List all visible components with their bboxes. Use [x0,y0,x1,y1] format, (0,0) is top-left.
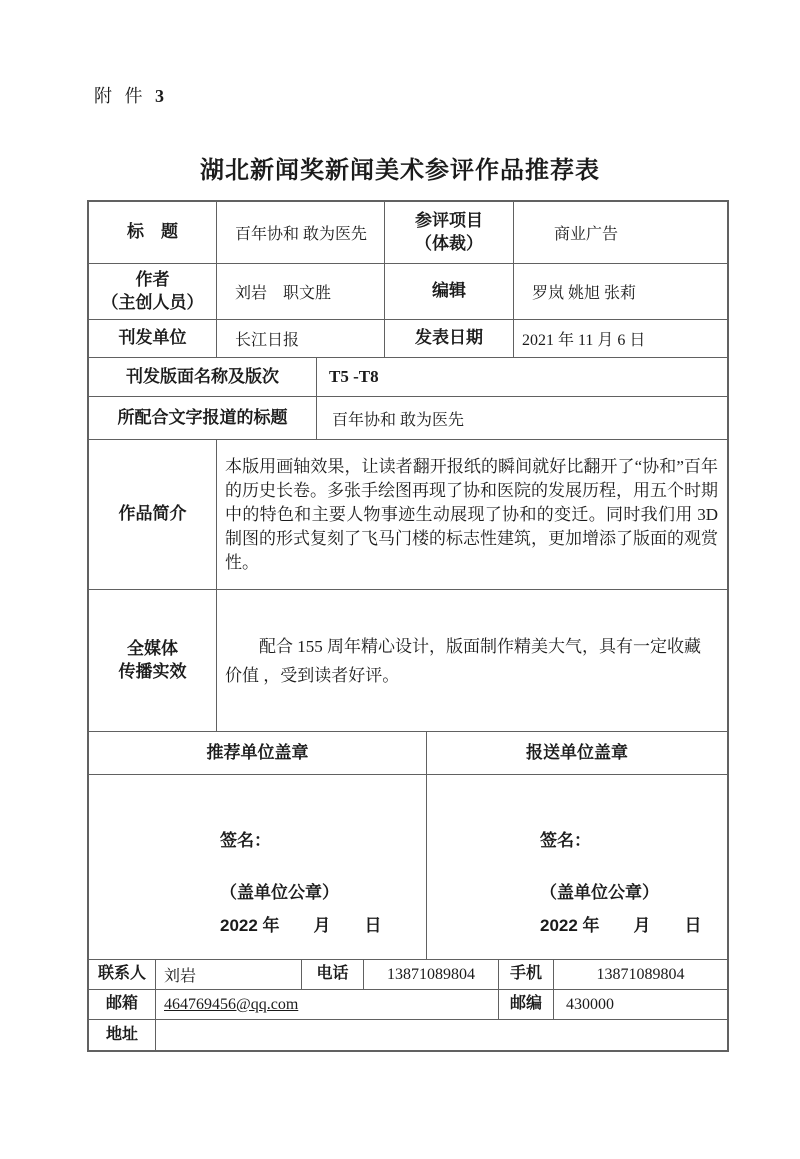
submit-sign-label: 签名： [540,831,702,851]
recommend-unit-stamp-header: 推荐单位盖章 [89,732,427,775]
zip-value: 430000 [554,990,727,1020]
row-text-report-title: 所配合文字报道的标题 百年协和 敢为医先 [89,397,727,440]
work-intro-cell: 本版用画轴效果，让读者翻开报纸的瞬间就好比翻开了“协和”百年的历史长卷。多张手绘… [217,440,727,590]
media-effect-label: 全媒体 传播实效 [89,590,217,732]
row-media-effect: 全媒体 传播实效 配合 155 周年精心设计，版面制作精美大气，具有一定收藏价值… [89,590,727,732]
recommend-sign-label: 签名： [220,831,382,851]
mobile-value: 13871089804 [554,960,727,990]
email-label: 邮箱 [89,990,156,1020]
row-author: 作者 （主创人员） 刘岩 职文胜 编辑 罗岚 姚旭 张莉 [89,264,727,320]
recommend-date-line: 2022 年 月 日 [220,916,382,936]
media-effect-cell: 配合 155 周年精心设计，版面制作精美大气，具有一定收藏价值 ，受到读者好评。 [217,590,727,732]
publisher-value: 长江日报 [217,320,385,358]
row-contact: 联系人 刘岩 电话 13871089804 手机 13871089804 [89,960,727,990]
address-value [156,1020,727,1050]
attachment-label: 附 件 3 [94,82,168,108]
entry-category-label: 参评项目 （体裁） [385,202,514,264]
page-title: 湖北新闻奖新闻美术参评作品推荐表 [0,150,800,185]
work-intro-text: 本版用画轴效果，让读者翻开报纸的瞬间就好比翻开了“协和”百年的历史长卷。多张手绘… [217,455,727,575]
row-title: 标 题 百年协和 敢为医先 参评项目 （体裁） 商业广告 [89,202,727,264]
phone-label: 电话 [302,960,364,990]
page-layout-value: T5 -T8 [317,358,727,397]
row-stamp-headers: 推荐单位盖章 报送单位盖章 [89,732,727,775]
row-email: 邮箱 464769456@qq.com 邮编 430000 [89,990,727,1020]
mobile-label: 手机 [499,960,554,990]
submit-unit-stamp-header: 报送单位盖章 [427,732,727,775]
text-report-title-label: 所配合文字报道的标题 [89,397,317,440]
publish-date-label: 发表日期 [385,320,514,358]
entry-category-value: 商业广告 [514,202,727,264]
submit-seal-label: （盖单位公章） [540,883,702,903]
email-cell: 464769456@qq.com [156,990,499,1020]
author-label: 作者 （主创人员） [89,264,217,320]
editor-label: 编辑 [385,264,514,320]
attachment-prefix: 附 件 [94,86,147,106]
row-publisher: 刊发单位 长江日报 发表日期 2021 年 11 月 6 日 [89,320,727,358]
phone-value: 13871089804 [364,960,499,990]
email-link[interactable]: 464769456@qq.com [164,996,298,1014]
recommendation-table: 标 题 百年协和 敢为医先 参评项目 （体裁） 商业广告 作者 （主创人员） 刘… [87,200,729,1052]
page-layout-label: 刊发版面名称及版次 [89,358,317,397]
recommend-signature-block: 签名： （盖单位公章） 2022 年 月 日 [89,775,382,936]
attachment-number: 3 [155,86,168,106]
editor-value: 罗岚 姚旭 张莉 [514,264,727,320]
author-value: 刘岩 职文胜 [217,264,385,320]
submit-signature-cell: 签名： （盖单位公章） 2022 年 月 日 [427,775,727,960]
row-signature-blocks: 签名： （盖单位公章） 2022 年 月 日 签名： （盖单位公章） 2022 … [89,775,727,960]
document-page: 附 件 3 湖北新闻奖新闻美术参评作品推荐表 标 题 百年协和 敢为医先 参评项… [0,0,800,1159]
row-work-intro: 作品简介 本版用画轴效果，让读者翻开报纸的瞬间就好比翻开了“协和”百年的历史长卷… [89,440,727,590]
work-intro-label: 作品简介 [89,440,217,590]
submit-signature-block: 签名： （盖单位公章） 2022 年 月 日 [427,775,702,936]
recommend-seal-label: （盖单位公章） [220,883,382,903]
title-label: 标 题 [89,202,217,264]
row-address: 地址 [89,1020,727,1050]
contact-person-value: 刘岩 [156,960,302,990]
text-report-title-value: 百年协和 敢为医先 [317,397,727,440]
contact-person-label: 联系人 [89,960,156,990]
address-label: 地址 [89,1020,156,1050]
zip-label: 邮编 [499,990,554,1020]
recommend-signature-cell: 签名： （盖单位公章） 2022 年 月 日 [89,775,427,960]
media-effect-text: 配合 155 周年精心设计，版面制作精美大气，具有一定收藏价值 ，受到读者好评。 [217,632,727,690]
publisher-label: 刊发单位 [89,320,217,358]
title-value: 百年协和 敢为医先 [217,202,385,264]
publish-date-value: 2021 年 11 月 6 日 [514,320,727,358]
submit-date-line: 2022 年 月 日 [540,916,702,936]
row-page-layout: 刊发版面名称及版次 T5 -T8 [89,358,727,397]
